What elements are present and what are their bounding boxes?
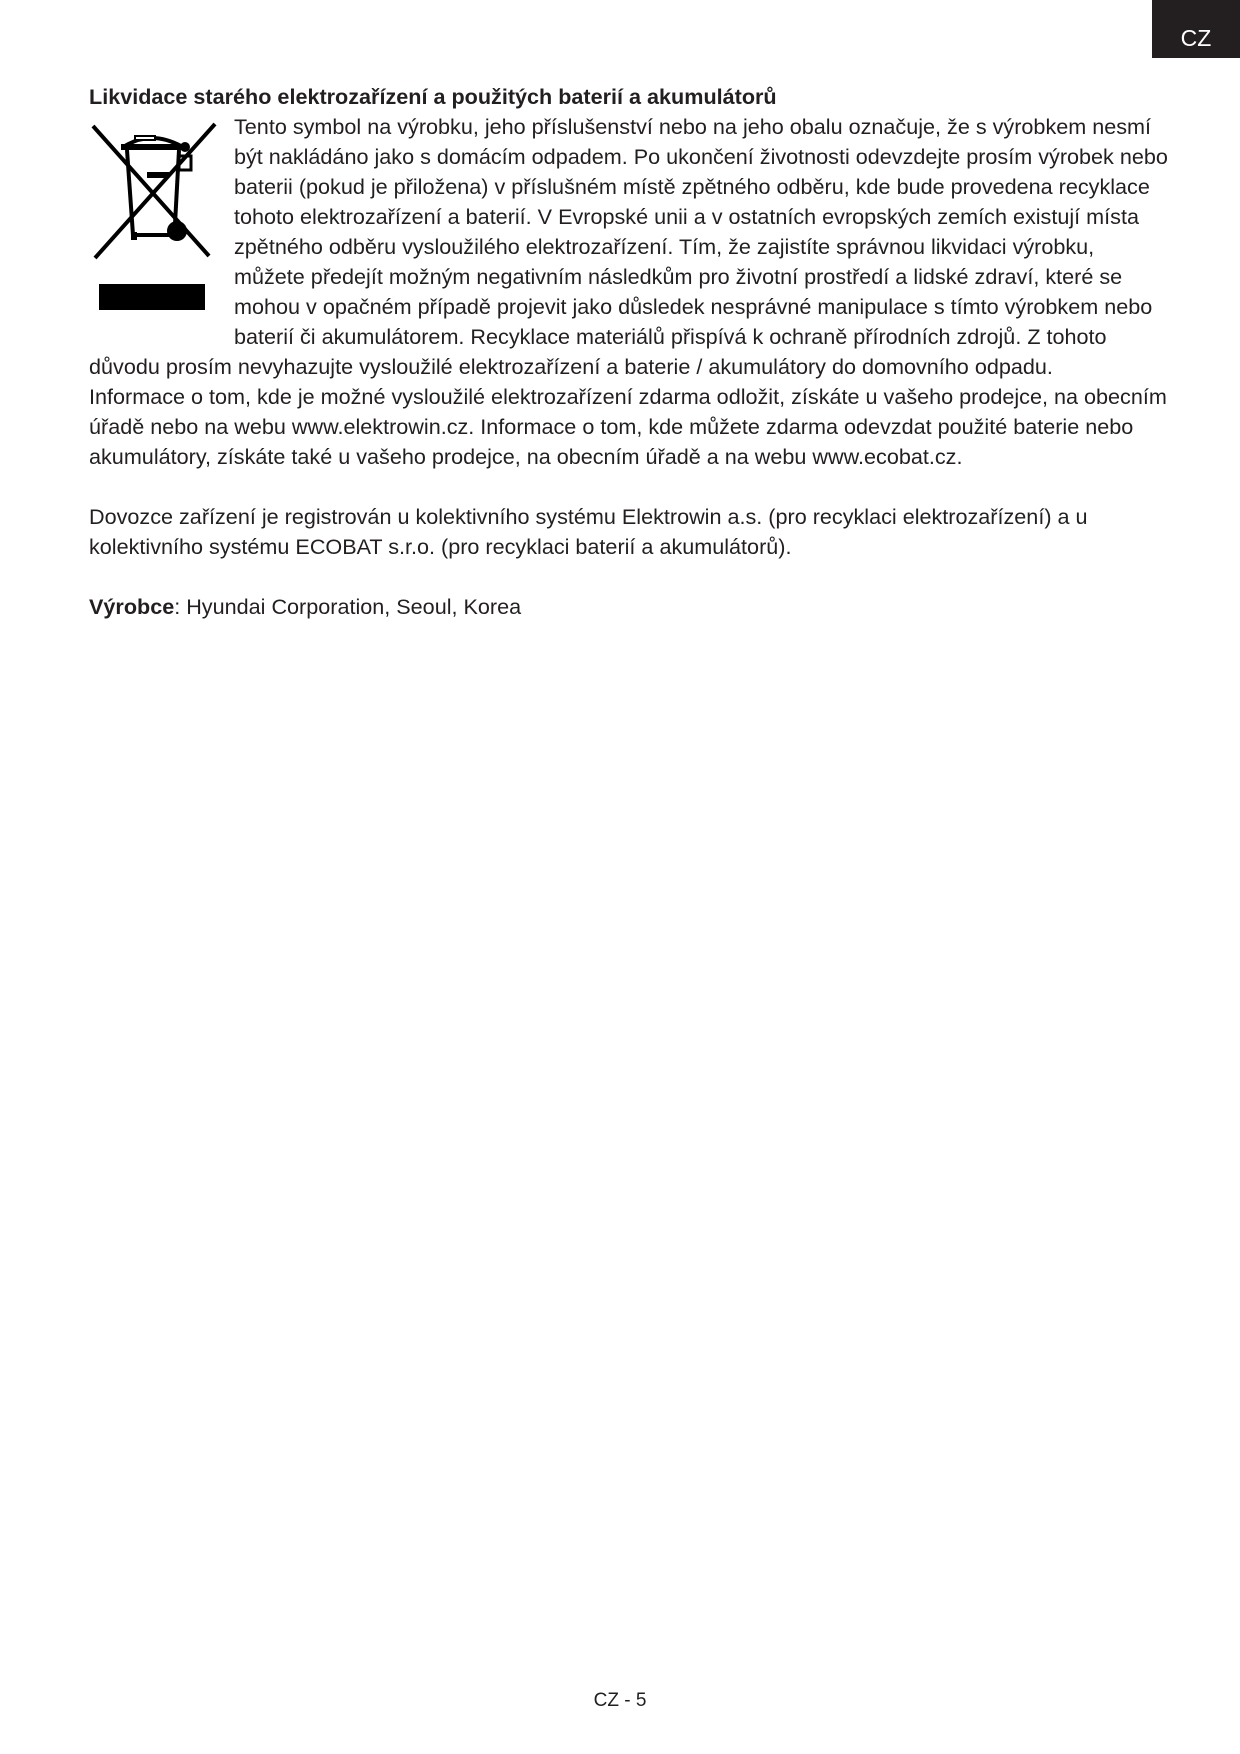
paragraph-disposal-info: Tento symbol na výrobku, jeho příslušens…	[89, 112, 1169, 382]
section-heading: Likvidace starého elektrozařízení a použ…	[89, 82, 1169, 112]
manufacturer-value: : Hyundai Corporation, Seoul, Korea	[174, 594, 521, 619]
crossed-out-wheelie-bin-icon	[89, 118, 229, 343]
document-body: Likvidace starého elektrozařízení a použ…	[89, 82, 1169, 622]
language-tab: CZ	[1152, 0, 1240, 58]
manufacturer-label: Výrobce	[89, 594, 174, 619]
paragraph-collection-points: Informace o tom, kde je možné vysloužilé…	[89, 382, 1169, 472]
weee-section: Tento symbol na výrobku, jeho příslušens…	[89, 112, 1169, 472]
language-tab-label: CZ	[1181, 27, 1212, 50]
paragraph-importer-registration: Dovozce zařízení je registrován u kolekt…	[89, 502, 1169, 562]
manufacturer-line: Výrobce: Hyundai Corporation, Seoul, Kor…	[89, 592, 1169, 622]
page-number: CZ - 5	[0, 1690, 1240, 1712]
